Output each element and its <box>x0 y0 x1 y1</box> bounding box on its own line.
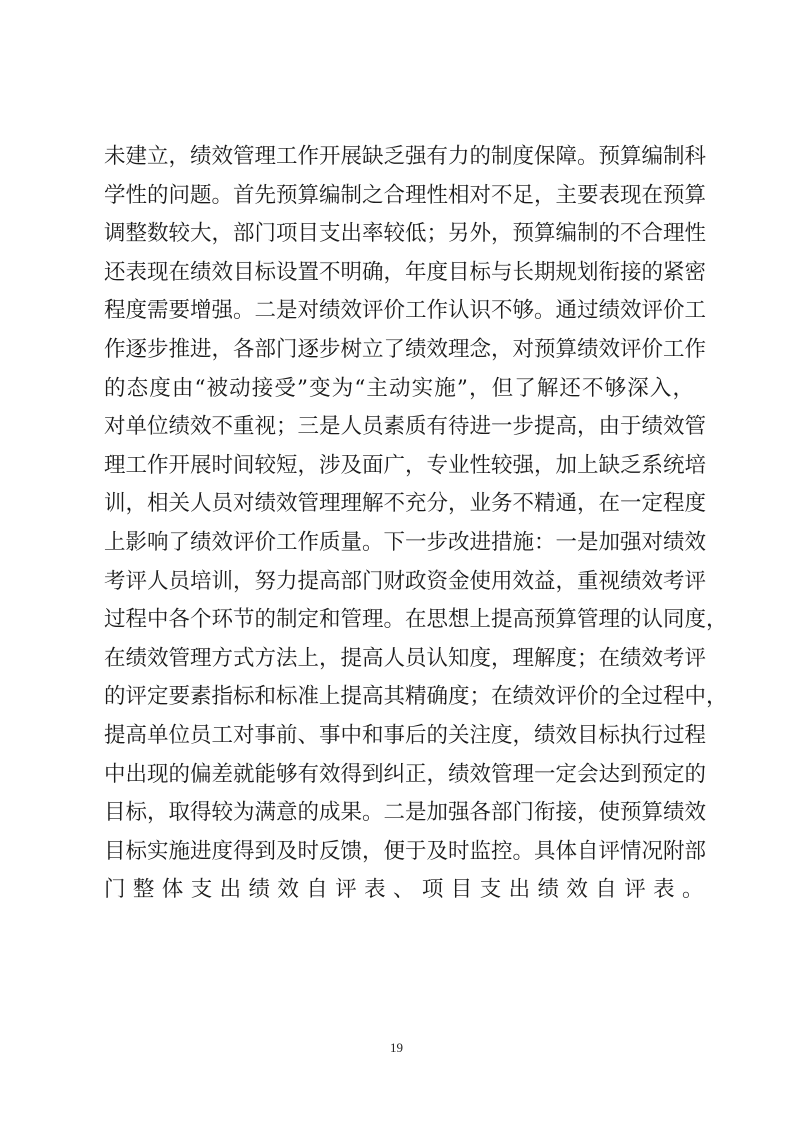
text-line: 训，相关人员对绩效管理理解不充分，业务不精通，在一定程度 <box>104 485 694 524</box>
text-line: 考评人员培训，努力提高部门财政资金使用效益，重视绩效考评 <box>104 563 694 602</box>
text-line: 的态度由“被动接受”变为“主动实施”，但了解还不够深入， <box>104 370 694 409</box>
text-line: 对单位绩效不重视；三是人员素质有待进一步提高，由于绩效管 <box>104 408 694 447</box>
page-number: 19 <box>0 1040 793 1056</box>
document-page: 未建立，绩效管理工作开展缺乏强有力的制度保障。预算编制科 学性的问题。首先预算编… <box>0 0 793 1122</box>
text-line: 中出现的偏差就能够有效得到纠正，绩效管理一定会达到预定的 <box>104 756 694 795</box>
body-paragraph: 未建立，绩效管理工作开展缺乏强有力的制度保障。预算编制科 学性的问题。首先预算编… <box>104 138 694 910</box>
text-line: 程度需要增强。二是对绩效评价工作认识不够。通过绩效评价工 <box>104 292 694 331</box>
text-line: 学性的问题。首先预算编制之合理性相对不足，主要表现在预算 <box>104 177 694 216</box>
text-line: 调整数较大，部门项目支出率较低；另外，预算编制的不合理性 <box>104 215 694 254</box>
text-line: 过程中各个环节的制定和管理。在思想上提高预算管理的认同度， <box>104 601 694 640</box>
text-line: 的评定要素指标和标准上提高其精确度；在绩效评价的全过程中， <box>104 678 694 717</box>
text-line: 理工作开展时间较短，涉及面广，专业性较强，加上缺乏系统培 <box>104 447 694 486</box>
text-line: 上影响了绩效评价工作质量。下一步改进措施：一是加强对绩效 <box>104 524 694 563</box>
text-line: 提高单位员工对事前、事中和事后的关注度，绩效目标执行过程 <box>104 717 694 756</box>
text-line: 作逐步推进，各部门逐步树立了绩效理念，对预算绩效评价工作 <box>104 331 694 370</box>
text-line: 目标，取得较为满意的成果。二是加强各部门衔接，使预算绩效 <box>104 794 694 833</box>
text-line: 门整体支出绩效自评表、项目支出绩效自评表。 <box>104 871 694 910</box>
text-line: 目标实施进度得到及时反馈，便于及时监控。具体自评情况附部 <box>104 833 694 872</box>
text-line: 在绩效管理方式方法上，提高人员认知度，理解度；在绩效考评 <box>104 640 694 679</box>
text-line: 还表现在绩效目标设置不明确，年度目标与长期规划衔接的紧密 <box>104 254 694 293</box>
text-line: 未建立，绩效管理工作开展缺乏强有力的制度保障。预算编制科 <box>104 138 694 177</box>
